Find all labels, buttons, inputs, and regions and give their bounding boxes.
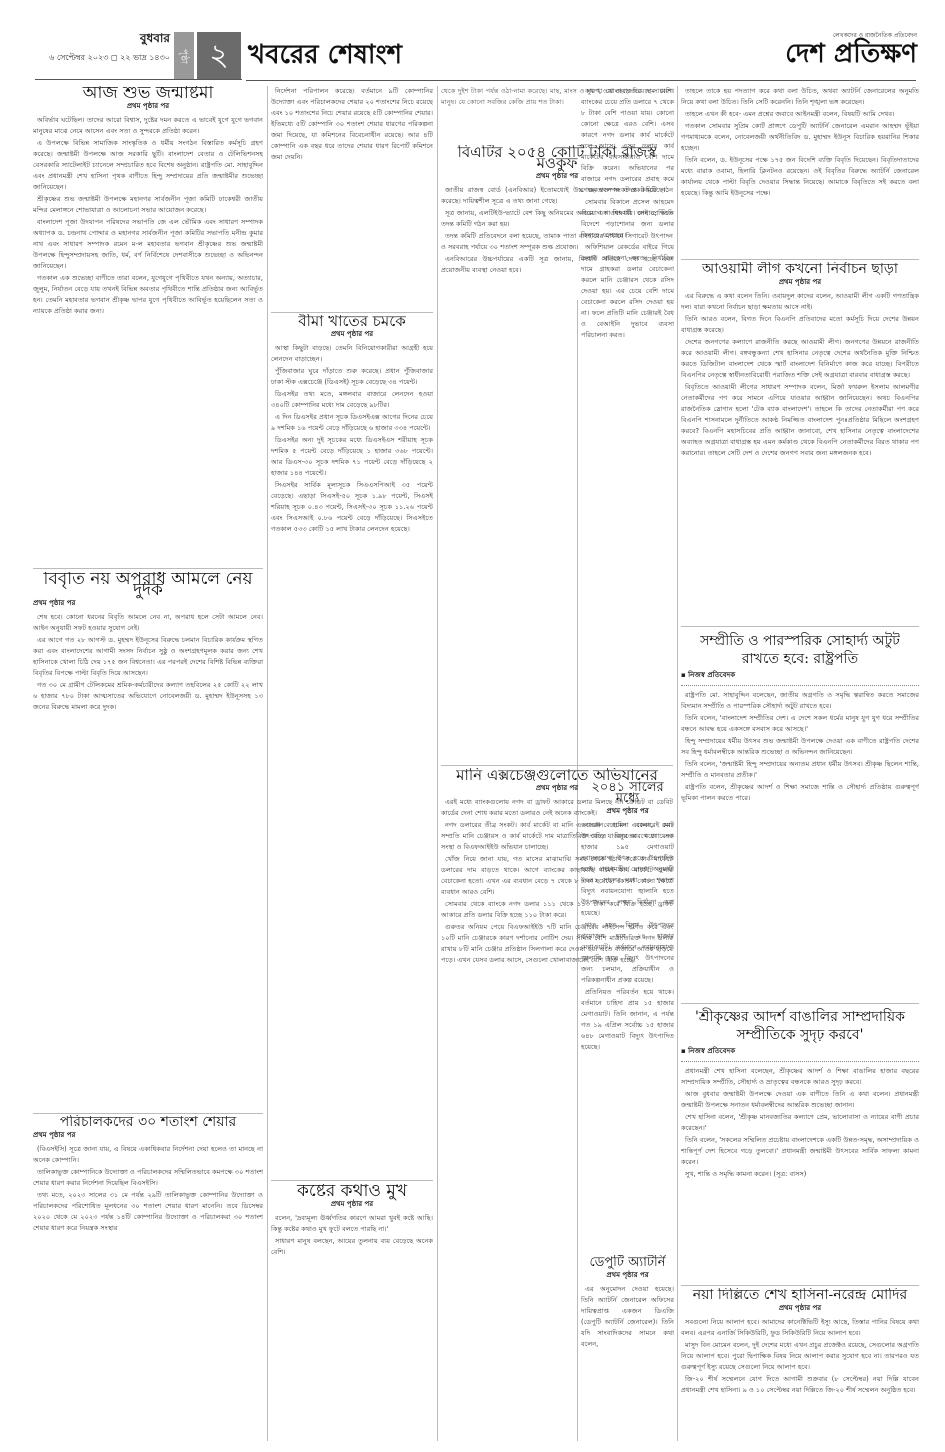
paragraph: প্রধানমন্ত্রী শেখ হাসিনা বলেছেন, শ্রীকৃষ…	[681, 1066, 919, 1088]
article-awami: আওয়ামী লীগ কখনো নির্বাচন ছাড়া প্রথম পৃ…	[681, 262, 919, 607]
paragraph: তিনি আরও বলেন, বিগত দিনে বিএনপি প্রতিবাদ…	[681, 314, 919, 336]
continued-label: প্রথম পৃষ্ঠার পর	[33, 101, 263, 112]
masthead-divider-right	[246, 80, 916, 81]
continued-label: প্রথম পৃষ্ঠার পর	[681, 277, 919, 288]
headline: বীমা খাতের চমকে	[271, 316, 433, 327]
article-attorney-continued: তাহলে তাকে হয় পদত্যাগ করে কথা বলা উচিত,…	[681, 86, 919, 258]
article-divider	[33, 568, 263, 569]
paragraph: শেষ হবে। কোনো ধরনের বিবৃতি আমলে নেব না, …	[33, 612, 263, 634]
paragraph: সাধারণ মানুষ বলছেন, আয়ের তুলনায় ব্যয় …	[271, 1236, 433, 1258]
article-2041: ২০৪১ সালের মধ্যে প্রথম পৃষ্ঠার পর নসরুল …	[581, 780, 674, 1220]
byline: ▪ নিজস্ব প্রতিবেদক	[681, 670, 919, 681]
article-shares-continued: নির্দেশনা পরিপালন করেছে। বর্তমানে ৯টি কো…	[271, 86, 433, 311]
paragraph: জি-২০ শীর্ষ সম্মেলনে যোগ দিতে আগামী শুক্…	[681, 1374, 919, 1396]
paragraph: সুখ, শান্তি ও সমৃদ্ধি কামনা করেন। (সূত্র…	[681, 1169, 919, 1180]
continued-label: প্রথম পৃষ্ঠার পর	[681, 1303, 919, 1314]
article-divider	[33, 1113, 263, 1114]
paragraph: গতকাল সোমবার সুপ্রিম কোর্ট প্রাঙ্গণে ডেপ…	[681, 121, 919, 154]
newspaper-logo: লেখকদের ও রাজনৈতিক প্রতিবেদন দেশ প্রতিক্…	[785, 30, 917, 67]
paragraph: ডিএসইর অন্য দুই সূচকের মধ্যে ডিএসইএস শরী…	[271, 435, 433, 479]
paragraph: সিএসইর সার্বিক মূল্যসূচক সিএএসপিআই ৩৫ পয…	[271, 480, 433, 535]
section-title: খবরের শেষাংশ	[248, 34, 402, 78]
page-number: ২	[197, 32, 241, 80]
paragraph: পুঁজিবাজার ঘুরে দাঁড়াতে শুরু করেছে। প্র…	[271, 366, 433, 388]
article-kosto: কষ্টের কথাও মুখ প্রথম পৃষ্ঠার পর বলেন, '…	[271, 1184, 433, 1444]
paragraph: এ উপলক্ষে বিভিন্ন সামাজিক সাংস্কৃতিক ও ধ…	[33, 138, 263, 193]
paragraph: এ দিন ডিএসইর প্রধান সূচক ডিএসইএক্স আগের …	[271, 412, 433, 434]
page-label: পৃষ্ঠা	[174, 32, 194, 80]
paragraph: তাহলে এখন কী হবে- এমন প্রশ্নের জবাবে আইন…	[681, 109, 919, 120]
continued-label: প্রথম পৃষ্ঠার পর	[271, 329, 433, 340]
column-divider	[677, 86, 678, 1441]
paragraph: শ্রীকৃষ্ণের শুভ জন্মাষ্টমী উপলক্ষে মহানগ…	[33, 194, 263, 216]
byline-divider	[681, 685, 919, 686]
paragraph: তাহলে তাকে হয় পদত্যাগ করে কথা বলা উচিত,…	[681, 86, 919, 108]
continued-label: প্রথম পৃষ্ঠার পর	[581, 1270, 674, 1281]
paragraph: বাংলাদেশ পূজা উদযাপন পরিষদের সভাপতি জে এ…	[33, 217, 263, 272]
headline: ডেপুটি অ্যাটর্নি	[581, 1257, 674, 1268]
paragraph: প্রতিনিয়ত পরিবর্তন হয়ে থাকে। বর্তমানে …	[581, 987, 674, 1053]
issue-day: বুধবার	[40, 30, 170, 50]
article-dollar-continued: কারণ, খোলাবাজারে দাম বেশি। ব্যাংকের চেয়…	[581, 86, 674, 776]
paragraph: তিনি বলেন, 'জন্মাষ্টমী হিন্দু সম্প্রদায়…	[681, 759, 919, 781]
headline: কষ্টের কথাও মুখ	[271, 1186, 433, 1197]
paragraph: ডিএসইর তথ্য মতে, মঙ্গলবার বাজারে লেনদেন …	[271, 389, 433, 411]
paragraph: তিনি বলেন, 'বাংলাদেশ সম্প্রীতির দেশ। এ দ…	[681, 713, 919, 735]
paragraph: নসরুল হামিদ বলেন, মোট উৎপাদিত বিদ্যুতের …	[581, 820, 674, 919]
headline: পরিচালকদের ৩০ শতাংশ শেয়ার	[33, 1117, 263, 1128]
article-divider	[681, 1003, 919, 1004]
headline: সম্প্রীতি ও পারস্পরিক সোহার্দ্য অটুট রাখ…	[681, 632, 919, 668]
paragraph: তিনি বলেন, ড. ইউনূসের পক্ষে ১৭৫ জন বিদেশ…	[681, 155, 919, 199]
paragraph: গতকাল এক শুভেচ্ছা বাণীতে তারা বলেন, যুগে…	[33, 273, 263, 317]
paragraph: সোমবার বিকালে প্রসেল আহমেদ নামে এক শিক্ষ…	[581, 197, 674, 241]
paragraph: অফিশিয়াল রেকর্ডের বাইরে গিয়ে ডলার বেচা…	[581, 242, 674, 341]
byline-divider	[681, 1061, 919, 1062]
column-divider	[267, 86, 268, 1441]
column-divider	[437, 86, 438, 1441]
paragraph: এর আগে গত ২৮ আগস্ট ড. মুহম্মদ ইউনূসের বি…	[33, 635, 263, 679]
article-divider	[681, 259, 919, 260]
headline: আজ শুভ জন্মাষ্টমী	[33, 88, 263, 99]
paragraph: তিনি বলেন, 'সকলের সম্মিলিত প্রচেষ্টায় ব…	[681, 1135, 919, 1168]
paragraph: মাসুদ বিন মোমেন বলেন, দুই দেশের মধ্যে এখ…	[681, 1340, 919, 1373]
paragraph: তথ্য মতে, ২০২৩ সালের ৩১ মে পর্যন্ত ২৯টি …	[33, 1190, 263, 1234]
article-dudok: বিবৃতি নয় অপরাধ আমলে নেয় দুদক প্রথম পৃ…	[33, 572, 263, 1112]
issue-date: ৬ সেপ্টেম্বর ২০২৩ ◻ ২২ ভাদ্র ১৪৩০	[40, 52, 170, 65]
continued-label: প্রথম পৃষ্ঠার পর	[581, 806, 674, 817]
headline: আওয়ামী লীগ কখনো নির্বাচন ছাড়া	[681, 264, 919, 275]
article-pm-janmashtami: 'শ্রীকৃষ্ণের আদর্শ বাঙালির সাম্প্রদায়িক…	[681, 1006, 919, 1281]
continued-label: প্রথম পৃষ্ঠার পর	[271, 1199, 433, 1210]
paragraph: শেখ হাসিনা বলেন, 'শ্রীকৃষ্ণ মানবজাতির কল…	[681, 1112, 919, 1134]
paragraph: আস্থা কিছুটা বাড়ছে। তেমনি বিনিয়োগকারীর…	[271, 343, 433, 365]
paragraph: খাত হতে বিদ্যুৎ উৎপাদনে প্রয়োজন হবে ২৪ …	[581, 920, 674, 986]
headline: বিবৃতি নয় অপরাধ আমলে নেয় দুদক	[33, 574, 263, 596]
paragraph: গত ৩০ মে গ্রামীণ টেলিকমের শ্রমিক-কর্মচার…	[33, 680, 263, 713]
paragraph: সবগুলো নিয়ে আলাপ হবে। আমাদের কানেক্টিভি…	[681, 1317, 919, 1339]
article-president: সম্প্রীতি ও পারস্পরিক সোহার্দ্য অটুট রাখ…	[681, 630, 919, 1000]
article-attorney: ডেপুটি অ্যাটর্নি প্রথম পৃষ্ঠার পর এর অনু…	[581, 1255, 674, 1445]
article-insurance: বীমা খাতের চমকে প্রথম পৃষ্ঠার পর আস্থা ক…	[271, 314, 433, 1134]
paragraph: (বিএসইসি) সূত্রে জানা যায়, এ বিষয়ে একা…	[33, 1144, 263, 1166]
masthead-divider-left	[35, 79, 242, 80]
headline: ২০৪১ সালের মধ্যে	[581, 782, 674, 804]
paragraph: রাষ্ট্রপতি বলেন, শ্রীকৃষ্ণের আদর্শ ও শিক…	[681, 782, 919, 804]
article-janmashtami: আজ শুভ জন্মাষ্টমী প্রথম পৃষ্ঠার পর অবির্…	[33, 86, 263, 556]
article-divider	[681, 1285, 919, 1286]
paragraph: তালিকাভুক্ত কোম্পানিকে উদ্যোক্তা ও পরিচা…	[33, 1167, 263, 1189]
article-divider	[271, 312, 433, 313]
paragraph: হিন্দু সম্প্রদায়ের ধর্মীয় উৎসব শুভ জন্…	[681, 736, 919, 758]
paragraph: বিবৃতিতে আওয়ামী লীগের সাধারণ সম্পাদক বল…	[681, 382, 919, 459]
paragraph: বলেন, 'দ্রব্যমূল্য ঊর্ধ্বগতির কারণে আমরা…	[271, 1213, 433, 1235]
article-divider	[681, 626, 919, 627]
headline: 'শ্রীকৃষ্ণের আদর্শ বাঙালির সাম্প্রদায়িক…	[681, 1008, 919, 1044]
continued-label: প্রথম পৃষ্ঠার পর	[33, 1130, 263, 1141]
paragraph: রাষ্ট্রপতি মো. সাহাবুদ্দিন বলেছেন, জাতীয…	[681, 690, 919, 712]
article-delhi: নয়া দিল্লিতে শেখ হাসিনা-নরেন্দ্র মোদির …	[681, 1288, 919, 1448]
byline: ▪ নিজস্ব প্রতিবেদক	[681, 1046, 919, 1057]
brand-name: দেশ প্রতিক্ষণ	[785, 41, 917, 67]
article-shares: পরিচালকদের ৩০ শতাংশ শেয়ার প্রথম পৃষ্ঠার…	[33, 1115, 263, 1450]
paragraph: দেশের জনগণের কল্যাণে রাজনীতি করছে আওয়াম…	[681, 337, 919, 381]
paragraph: আজ বুধবার জন্মাষ্টমী উপলক্ষে দেওয়া এক ব…	[681, 1089, 919, 1111]
paragraph: অবির্ভাব ঘটেছিল। তাদের আরো বিশ্বাস, দুষ্…	[33, 115, 263, 137]
paragraph: কারণ, খোলাবাজারে দাম বেশি। ব্যাংকের চেয়…	[581, 86, 674, 196]
issue-date-block: বুধবার ৬ সেপ্টেম্বর ২০২৩ ◻ ২২ ভাদ্র ১৪৩০	[40, 30, 170, 65]
article-divider	[271, 1180, 433, 1181]
headline: নয়া দিল্লিতে শেখ হাসিনা-নরেন্দ্র মোদির	[681, 1290, 919, 1301]
paragraph: এর বিরুদ্ধে এ কথা বলেন তিনি। ওবায়দুল কা…	[681, 291, 919, 313]
paragraph: নির্দেশনা পরিপালন করেছে। বর্তমানে ৯টি কো…	[271, 86, 433, 163]
paragraph: এর অনুমোদন দেওয়া হয়েছে। তিনি অ্যাটর্নি…	[581, 1284, 674, 1350]
